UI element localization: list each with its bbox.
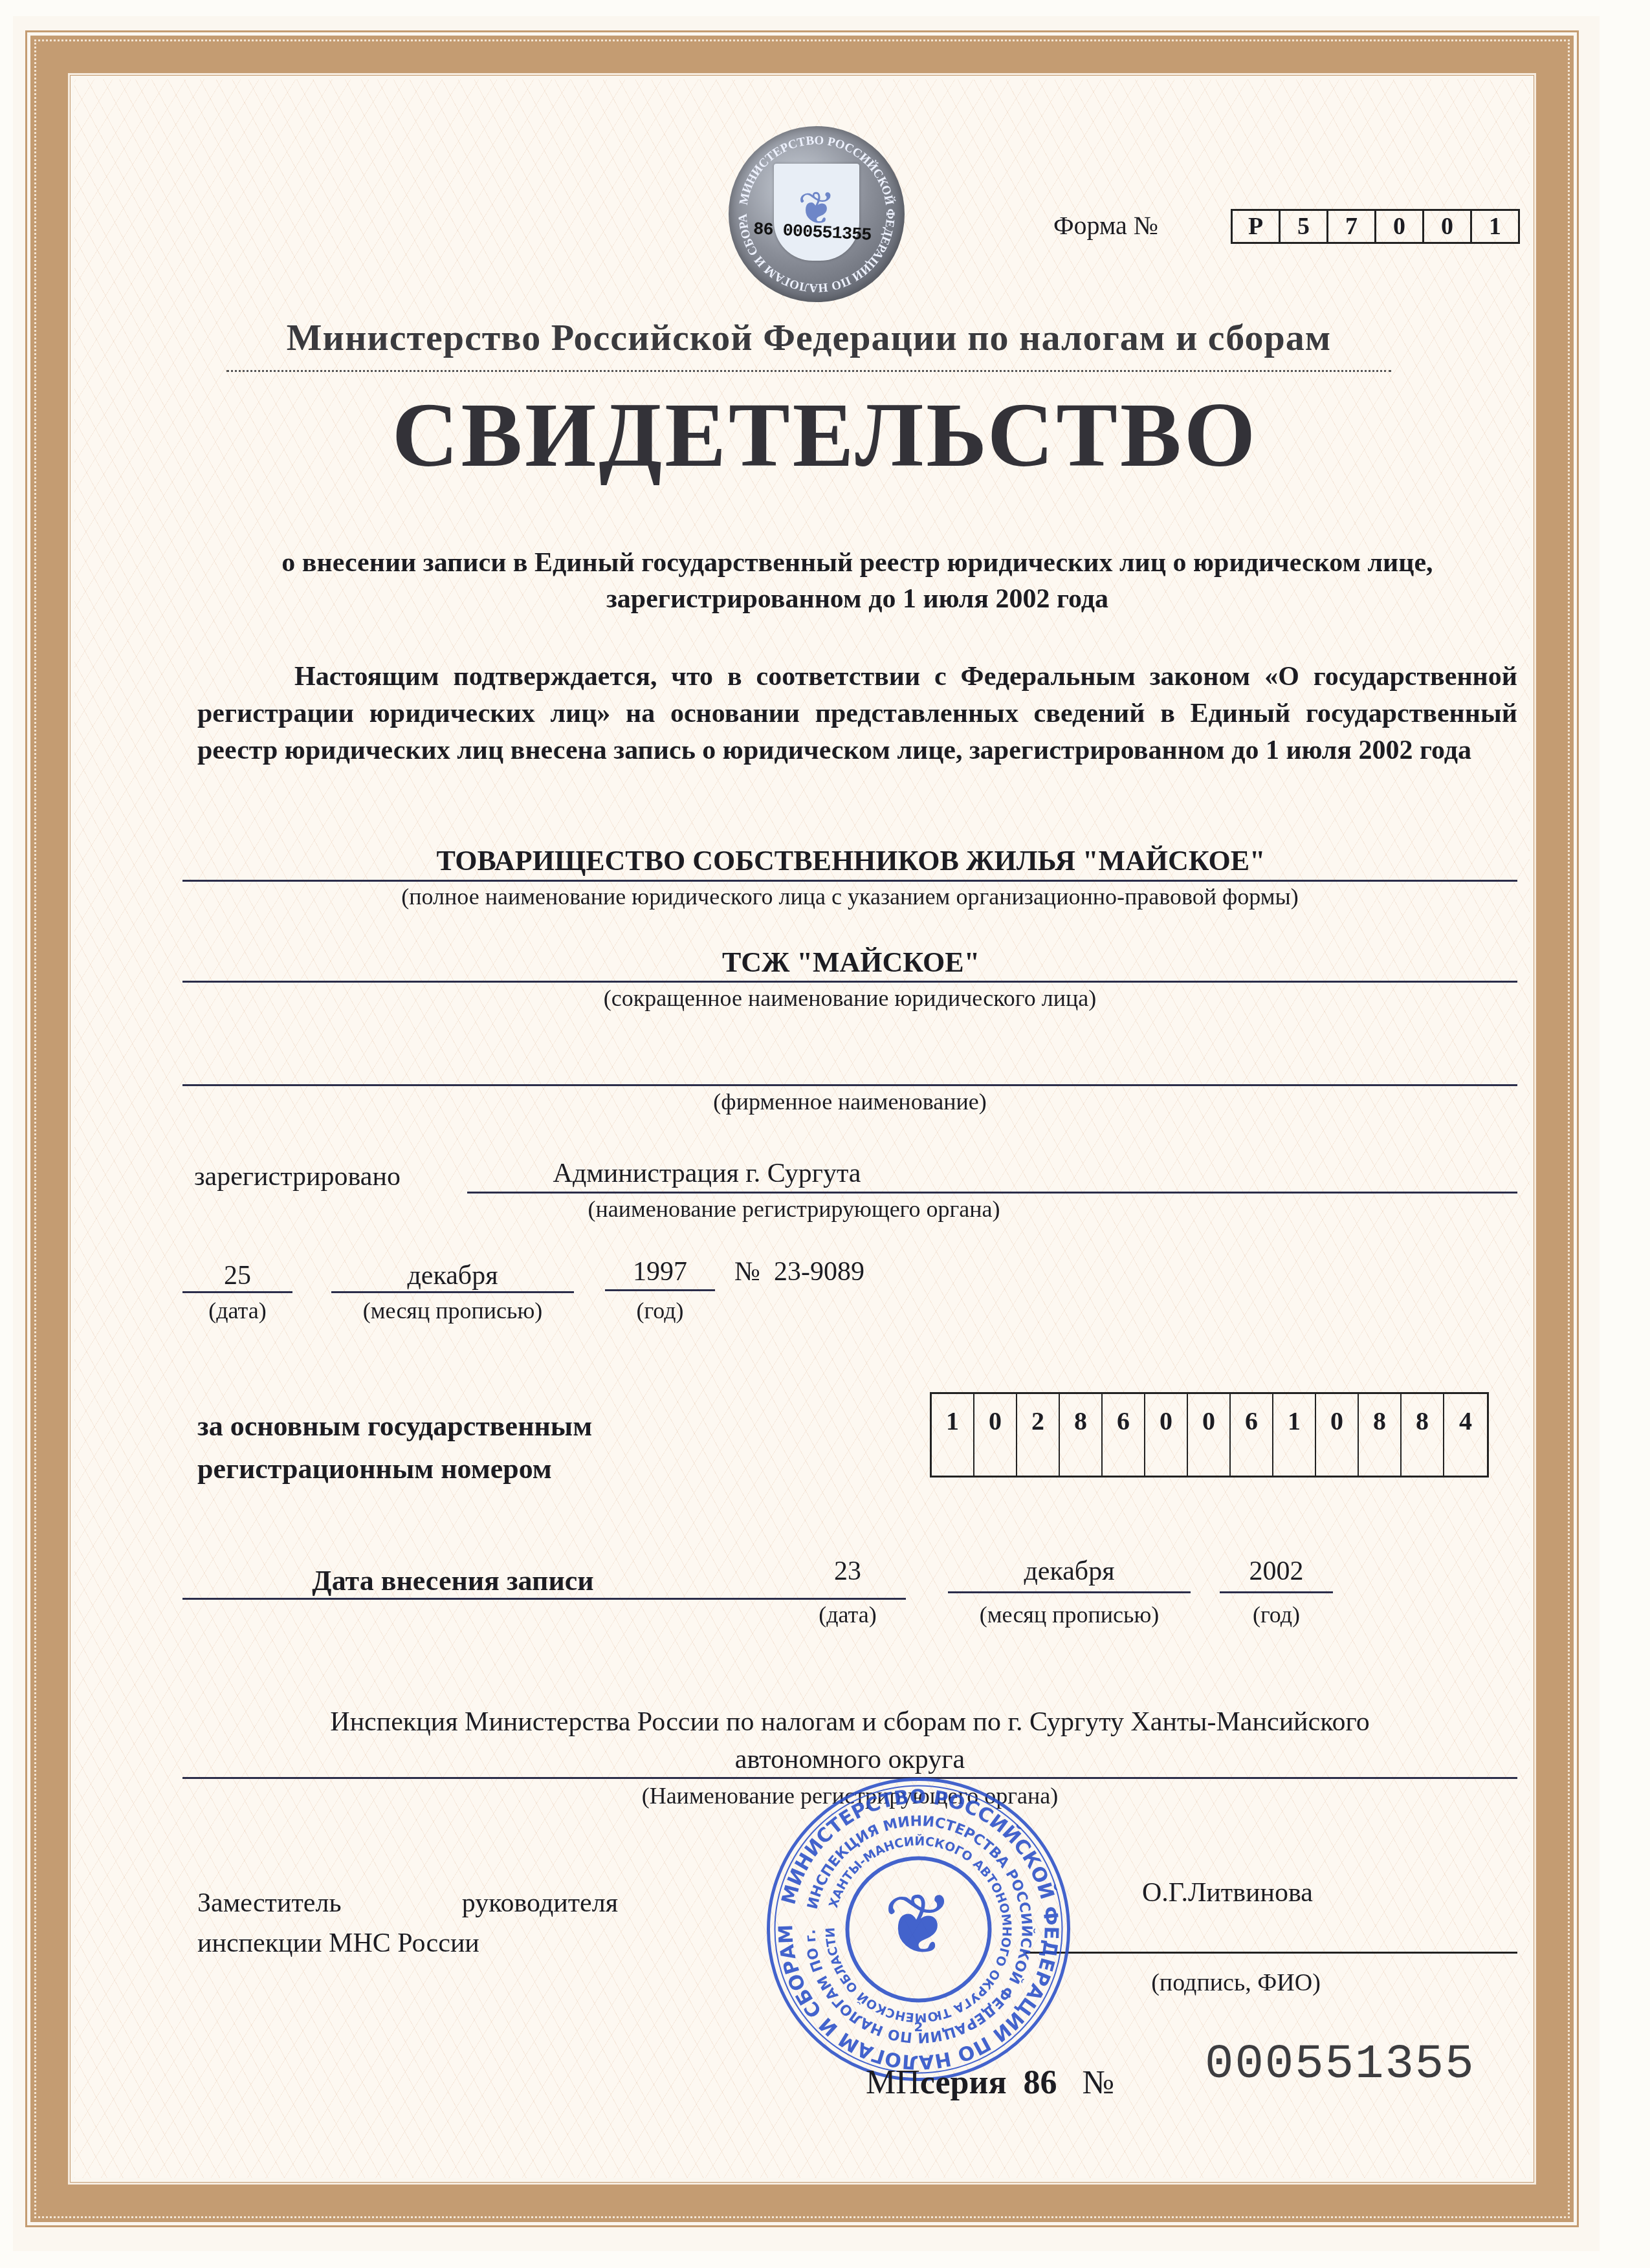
document-subtitle: о внесении записи в Единый государственн…	[194, 545, 1521, 617]
entry-date-line	[182, 1598, 906, 1600]
document-title: СВИДЕТЕЛЬСТВО	[194, 382, 1456, 488]
form-number-label: Форма №	[1053, 210, 1158, 241]
entry-day: 23	[776, 1556, 919, 1587]
number-sign: №	[1083, 2064, 1115, 2101]
ogrn-label-line1: за основным государственным	[197, 1405, 592, 1448]
entry-month: декабря	[948, 1556, 1191, 1587]
signer-position-line1: Заместитель руководителя	[197, 1888, 618, 1919]
registration-day-caption: (дата)	[182, 1297, 292, 1324]
registration-number: № 23-9089	[734, 1256, 864, 1287]
form-code-cell: 7	[1328, 211, 1376, 242]
registration-year: 1997	[605, 1256, 715, 1287]
ogrn-digit-cell: 6	[1103, 1394, 1145, 1476]
ogrn-digit-cell: 0	[1188, 1394, 1231, 1476]
form-number-boxes: Р57001	[1231, 209, 1520, 244]
ogrn-digit-cell: 8	[1359, 1394, 1402, 1476]
entry-day-caption: (дата)	[776, 1601, 919, 1628]
ogrn-digit-cell: 1	[932, 1394, 974, 1476]
registered-label: зарегистрировано	[194, 1161, 401, 1192]
form-code-cell: 0	[1376, 211, 1424, 242]
svg-text:2: 2	[914, 2019, 923, 2034]
mp-label: МП	[866, 2064, 920, 2101]
entry-year-caption: (год)	[1220, 1601, 1333, 1628]
full-name-line	[182, 880, 1517, 882]
registration-number-value: 23-9089	[774, 1257, 864, 1287]
full-name-caption: (полное наименование юридического лица с…	[182, 883, 1517, 910]
official-stamp: МИНИСТЕРСТВО РОССИЙСКОЙ ФЕДЕРАЦИИ ПО НАЛ…	[765, 1776, 1072, 2083]
ogrn-label-line2: регистрационным номером	[197, 1448, 592, 1490]
entry-month-caption: (месяц прописью)	[948, 1601, 1191, 1628]
registration-year-caption: (год)	[605, 1297, 715, 1324]
hologram-shield: ❦	[774, 164, 859, 261]
series-value: 86	[1024, 2064, 1057, 2101]
inspection-name-line1: Инспекция Министерства России по налогам…	[182, 1706, 1517, 1738]
ministry-name: Министерство Российской Федерации по нал…	[220, 316, 1398, 359]
signer-name: О.Г.Литвинова	[1142, 1877, 1313, 1908]
entry-month-line	[948, 1591, 1191, 1593]
authority-line	[467, 1192, 1517, 1194]
ogrn-boxes: 1028600610884	[930, 1392, 1489, 1477]
confirmation-paragraph: Настоящим подтверждается, что в соответс…	[197, 659, 1517, 769]
ogrn-digit-cell: 4	[1444, 1394, 1487, 1476]
ogrn-digit-cell: 0	[1316, 1394, 1359, 1476]
entity-full-name: ТОВАРИЩЕСТВО СОБСТВЕННИКОВ ЖИЛЬЯ "МАЙСКО…	[188, 844, 1514, 877]
registration-day: 25	[182, 1260, 292, 1291]
registration-authority: Администрация г. Сургута	[466, 1158, 1517, 1189]
ogrn-digit-cell: 0	[974, 1394, 1017, 1476]
subtitle-text: о внесении записи в Единый государственн…	[194, 545, 1521, 617]
form-code-cell: 0	[1424, 211, 1472, 242]
short-name-caption: (сокращенное наименование юридического л…	[182, 985, 1517, 1012]
short-name-line	[182, 981, 1517, 983]
hologram-seal: МИНИСТЕРСТВО РОССИЙСКОЙ ФЕДЕРАЦИИ ПО НАЛ…	[729, 126, 905, 302]
entry-year-line	[1220, 1591, 1333, 1593]
registration-month: декабря	[331, 1260, 574, 1291]
signature-line	[1026, 1952, 1517, 1954]
header-separator	[226, 370, 1391, 372]
series-label: серия	[920, 2064, 1007, 2101]
entry-date-label: Дата внесения записи	[188, 1564, 718, 1597]
entry-year: 2002	[1220, 1556, 1333, 1587]
registration-month-caption: (месяц прописью)	[331, 1297, 574, 1324]
signer-position-line2: инспекции МНС России	[197, 1928, 479, 1959]
firm-name-line	[182, 1084, 1517, 1086]
number-sign: №	[734, 1257, 760, 1287]
ogrn-digit-cell: 8	[1402, 1394, 1444, 1476]
firm-name-caption: (фирменное наименование)	[182, 1088, 1517, 1115]
inspection-name-line2: автономного округа	[182, 1744, 1517, 1775]
signature-caption: (подпись, ФИО)	[1113, 1968, 1359, 1997]
form-code-cell: Р	[1233, 211, 1281, 242]
form-code-cell: 5	[1281, 211, 1328, 242]
ogrn-digit-cell: 6	[1231, 1394, 1273, 1476]
ogrn-label: за основным государственным регистрацион…	[197, 1405, 592, 1490]
entity-short-name: ТСЖ "МАЙСКОЕ"	[188, 946, 1514, 979]
registration-day-line	[182, 1291, 292, 1293]
stamp-eagle-icon: ❦	[883, 1875, 954, 1974]
ogrn-digit-cell: 0	[1145, 1394, 1188, 1476]
ogrn-digit-cell: 2	[1017, 1394, 1060, 1476]
ogrn-digit-cell: 8	[1060, 1394, 1103, 1476]
form-series: МПсерия 86 №	[866, 2064, 1114, 2102]
confirmation-text: Настоящим подтверждается, что в соответс…	[197, 662, 1517, 765]
registration-year-line	[605, 1289, 715, 1291]
authority-caption: (наименование регистрирующего органа)	[467, 1195, 1121, 1223]
registration-month-line	[331, 1291, 574, 1293]
registration-authority-text: Администрация г. Сургута	[553, 1159, 861, 1188]
ogrn-digit-cell: 1	[1273, 1394, 1316, 1476]
form-code-cell: 1	[1472, 211, 1518, 242]
form-serial-number: 000551355	[1205, 2038, 1475, 2092]
